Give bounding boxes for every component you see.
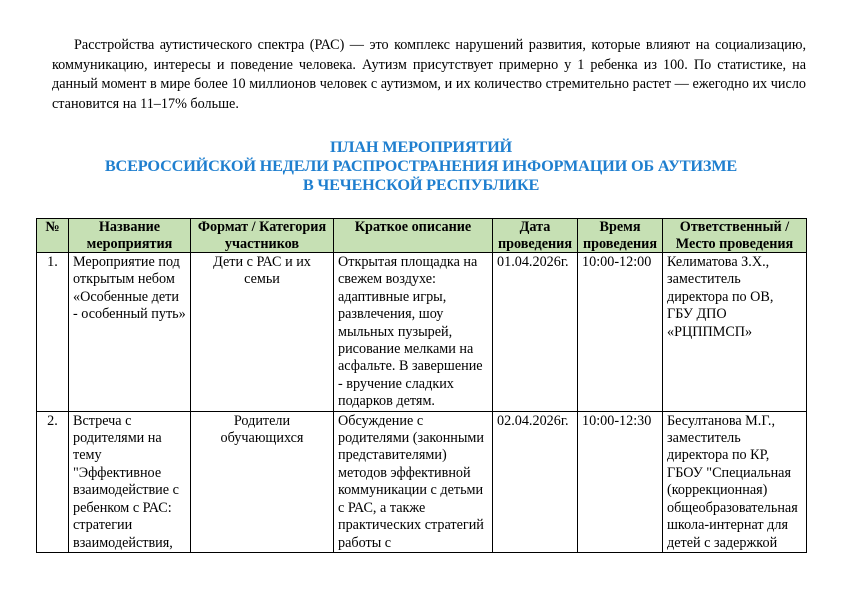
cell-description: Открытая площадка на свежем воздухе: ада… (334, 253, 493, 412)
table-row: 1. Мероприятие под открытым небом «Особе… (37, 253, 807, 412)
cell-description: Обсуждение с родителями (законными предс… (334, 411, 493, 552)
cell-event-name: Встреча с родителями на тему "Эффективно… (69, 411, 191, 552)
header-time: Время проведения (578, 219, 663, 253)
events-plan-table: № Название мероприятия Формат / Категори… (36, 218, 807, 553)
cell-format: Дети с РАС и их семьи (191, 253, 334, 412)
header-format: Формат / Категория участников (191, 219, 334, 253)
cell-responsible: Бесултанова М.Г., заместитель директора … (663, 411, 807, 552)
table-row: 2. Встреча с родителями на тему "Эффекти… (37, 411, 807, 552)
cell-number: 1. (37, 253, 69, 412)
header-date: Дата проведения (493, 219, 578, 253)
header-description: Краткое описание (334, 219, 493, 253)
cell-time: 10:00-12:30 (578, 411, 663, 552)
header-responsible: Ответственный / Место проведения (663, 219, 807, 253)
plan-title: ПЛАН МЕРОПРИЯТИЙ ВСЕРОССИЙСКОЙ НЕДЕЛИ РА… (0, 137, 842, 194)
header-number: № (37, 219, 69, 253)
cell-event-name: Мероприятие под открытым небом «Особенны… (69, 253, 191, 412)
cell-responsible: Келиматова З.Х., заместитель директора п… (663, 253, 807, 412)
cell-date: 01.04.2026г. (493, 253, 578, 412)
plan-title-line-3: В ЧЕЧЕНСКОЙ РЕСПУБЛИКЕ (0, 175, 842, 194)
cell-time: 10:00-12:00 (578, 253, 663, 412)
cell-format: Родители обучающихся (191, 411, 334, 552)
intro-paragraph: Расстройства аутистического спектра (РАС… (52, 36, 806, 114)
header-event-name: Название мероприятия (69, 219, 191, 253)
cell-date: 02.04.2026г. (493, 411, 578, 552)
cell-number: 2. (37, 411, 69, 552)
plan-title-line-2: ВСЕРОССИЙСКОЙ НЕДЕЛИ РАСПРОСТРАНЕНИЯ ИНФ… (0, 156, 842, 175)
table-header-row: № Название мероприятия Формат / Категори… (37, 219, 807, 253)
plan-title-line-1: ПЛАН МЕРОПРИЯТИЙ (0, 137, 842, 156)
